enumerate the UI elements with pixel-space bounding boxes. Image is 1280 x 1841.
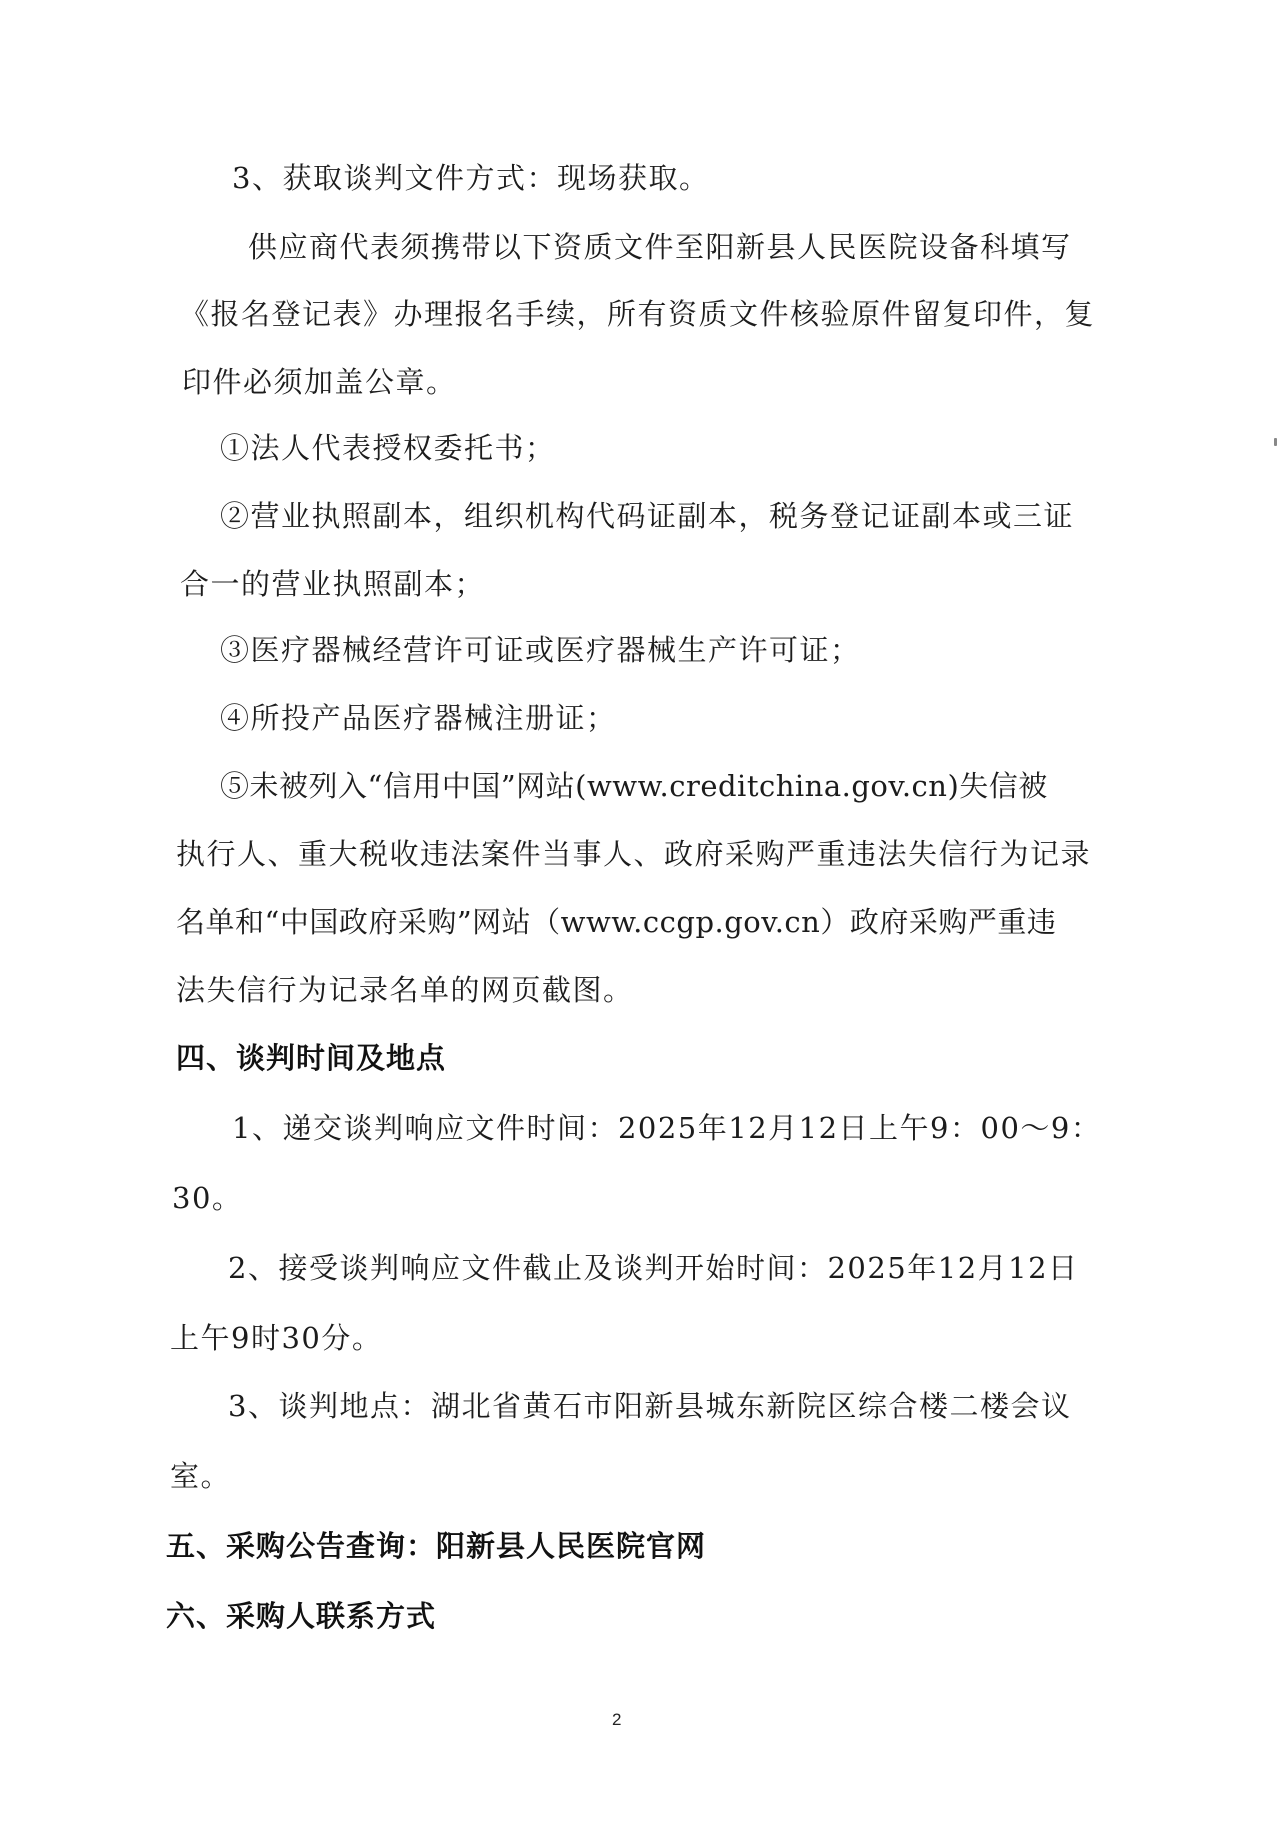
doc-list-item-2: ②营业执照副本，组织机构代码证副本，税务登记证副本或三证 xyxy=(220,496,1074,536)
doc-list-item-5-cont-2: 名单和“中国政府采购”网站（www.ccgp.gov.cn）政府采购严重违 xyxy=(176,902,1056,942)
doc-line-submission-time: 1、递交谈判响应文件时间：2025年12月12日上午9：00～9： xyxy=(232,1108,1101,1148)
doc-line-submission-time-cont: 30。 xyxy=(172,1178,242,1218)
doc-list-item-4: ④所投产品医疗器械注册证； xyxy=(220,698,617,738)
scan-edge-mark xyxy=(1274,438,1277,446)
doc-list-item-1: ①法人代表授权委托书； xyxy=(220,428,556,468)
section-heading-time-location: 四、谈判时间及地点 xyxy=(176,1038,446,1078)
doc-list-item-5-cont-3: 法失信行为记录名单的网页截图。 xyxy=(176,970,634,1010)
section-heading-announcement-query: 五、采购公告查询：阳新县人民医院官网 xyxy=(166,1526,706,1566)
document-page: 3、获取谈判文件方式：现场获取。 供应商代表须携带以下资质文件至阳新县人民医院设… xyxy=(0,0,1280,1841)
doc-list-item-3: ③医疗器械经营许可证或医疗器械生产许可证； xyxy=(220,630,861,670)
doc-list-item-5-cont-1: 执行人、重大税收违法案件当事人、政府采购严重违法失信行为记录 xyxy=(176,834,1091,874)
doc-line-registration-form: 《报名登记表》办理报名手续，所有资质文件核验原件留复印件，复 xyxy=(180,294,1095,334)
doc-line-acquisition-method: 3、获取谈判文件方式：现场获取。 xyxy=(232,158,709,198)
doc-line-deadline-start-time-cont: 上午9时30分。 xyxy=(170,1318,382,1358)
doc-line-official-seal: 印件必须加盖公章。 xyxy=(182,362,457,402)
page-number: 2 xyxy=(612,1710,621,1730)
doc-line-supplier-requirement: 供应商代表须携带以下资质文件至阳新县人民医院设备科填写 xyxy=(248,227,1072,267)
doc-line-negotiation-location-cont: 室。 xyxy=(170,1456,231,1496)
doc-list-item-2-cont: 合一的营业执照副本； xyxy=(180,564,485,604)
doc-line-negotiation-location: 3、谈判地点：湖北省黄石市阳新县城东新院区综合楼二楼会议 xyxy=(228,1386,1071,1426)
doc-list-item-5: ⑤未被列入“信用中国”网站(www.creditchina.gov.cn)失信被 xyxy=(220,766,1048,806)
doc-line-deadline-start-time: 2、接受谈判响应文件截止及谈判开始时间：2025年12月12日 xyxy=(228,1248,1079,1288)
section-heading-purchaser-contact: 六、采购人联系方式 xyxy=(166,1596,436,1636)
